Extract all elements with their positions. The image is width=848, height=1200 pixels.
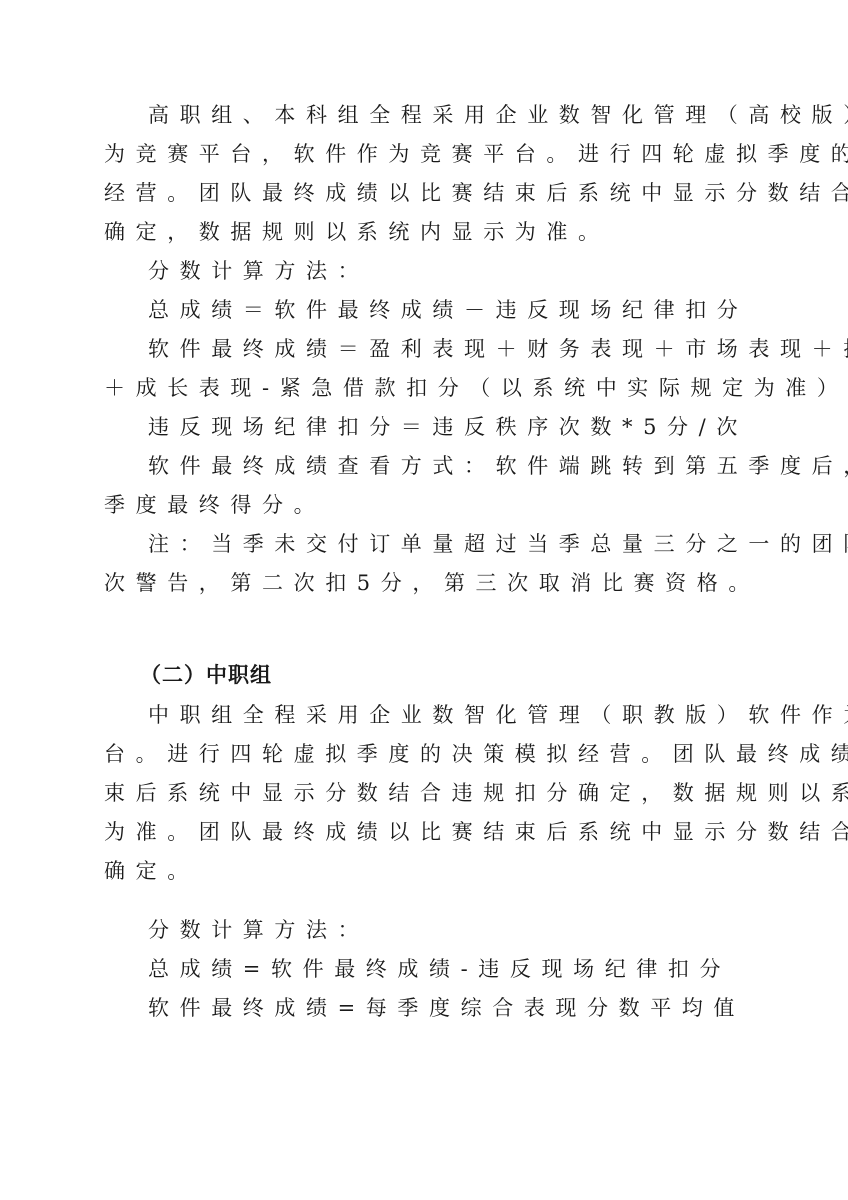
note-line: 注：当季未交付订单量超过当季总量三分之一的团队，第一 [148,531,808,557]
method-label: 分数计算方法： [148,258,808,284]
paragraph-line: 束后系统中显示分数结合违规扣分确定，数据规则以系统内显示 [104,780,764,806]
paragraph-line: 经营。团队最终成绩以比赛结束后系统中显示分数结合违规扣分 [104,180,764,206]
formula-total: 总成绩＝软件最终成绩－违反现场纪律扣分 [148,297,808,323]
formula-software: 软件最终成绩=每季度综合表现分数平均值 [148,995,808,1021]
paragraph-line: 为准。团队最终成绩以比赛结束后系统中显示分数结合违规扣分 [104,819,764,845]
method-label: 分数计算方法： [148,917,808,943]
paragraph-line: 高职组、本科组全程采用企业数智化管理（高校版）软件作 [148,102,808,128]
view-method-line: 软件最终成绩查看方式：软件端跳转到第五季度后，看第四 [148,453,808,479]
formula-discipline: 违反现场纪律扣分＝违反秩序次数*5分/次 [148,414,808,440]
paragraph-line: 台。进行四轮虚拟季度的决策模拟经营。团队最终成绩以比赛结 [104,741,764,767]
paragraph-line: 确定，数据规则以系统内显示为准。 [104,219,764,245]
paragraph-line: 为竞赛平台，软件作为竞赛平台。进行四轮虚拟季度的决策模拟 [104,141,764,167]
note-line: 次警告，第二次扣5分，第三次取消比赛资格。 [104,570,764,596]
document-page: 高职组、本科组全程采用企业数智化管理（高校版）软件作 为竞赛平台，软件作为竞赛平… [0,0,848,1200]
formula-software-line: 软件最终成绩＝盈利表现＋财务表现＋市场表现＋投资表现 [148,336,808,362]
paragraph-line: 确定。 [104,858,764,884]
formula-software-line: ＋成长表现-紧急借款扣分（以系统中实际规定为准） [104,375,764,401]
view-method-line: 季度最终得分。 [104,492,764,518]
section-heading: （二）中职组 [140,662,272,688]
formula-total: 总成绩=软件最终成绩-违反现场纪律扣分 [148,956,808,982]
paragraph-line: 中职组全程采用企业数智化管理（职教版）软件作为竞赛平 [148,702,808,728]
